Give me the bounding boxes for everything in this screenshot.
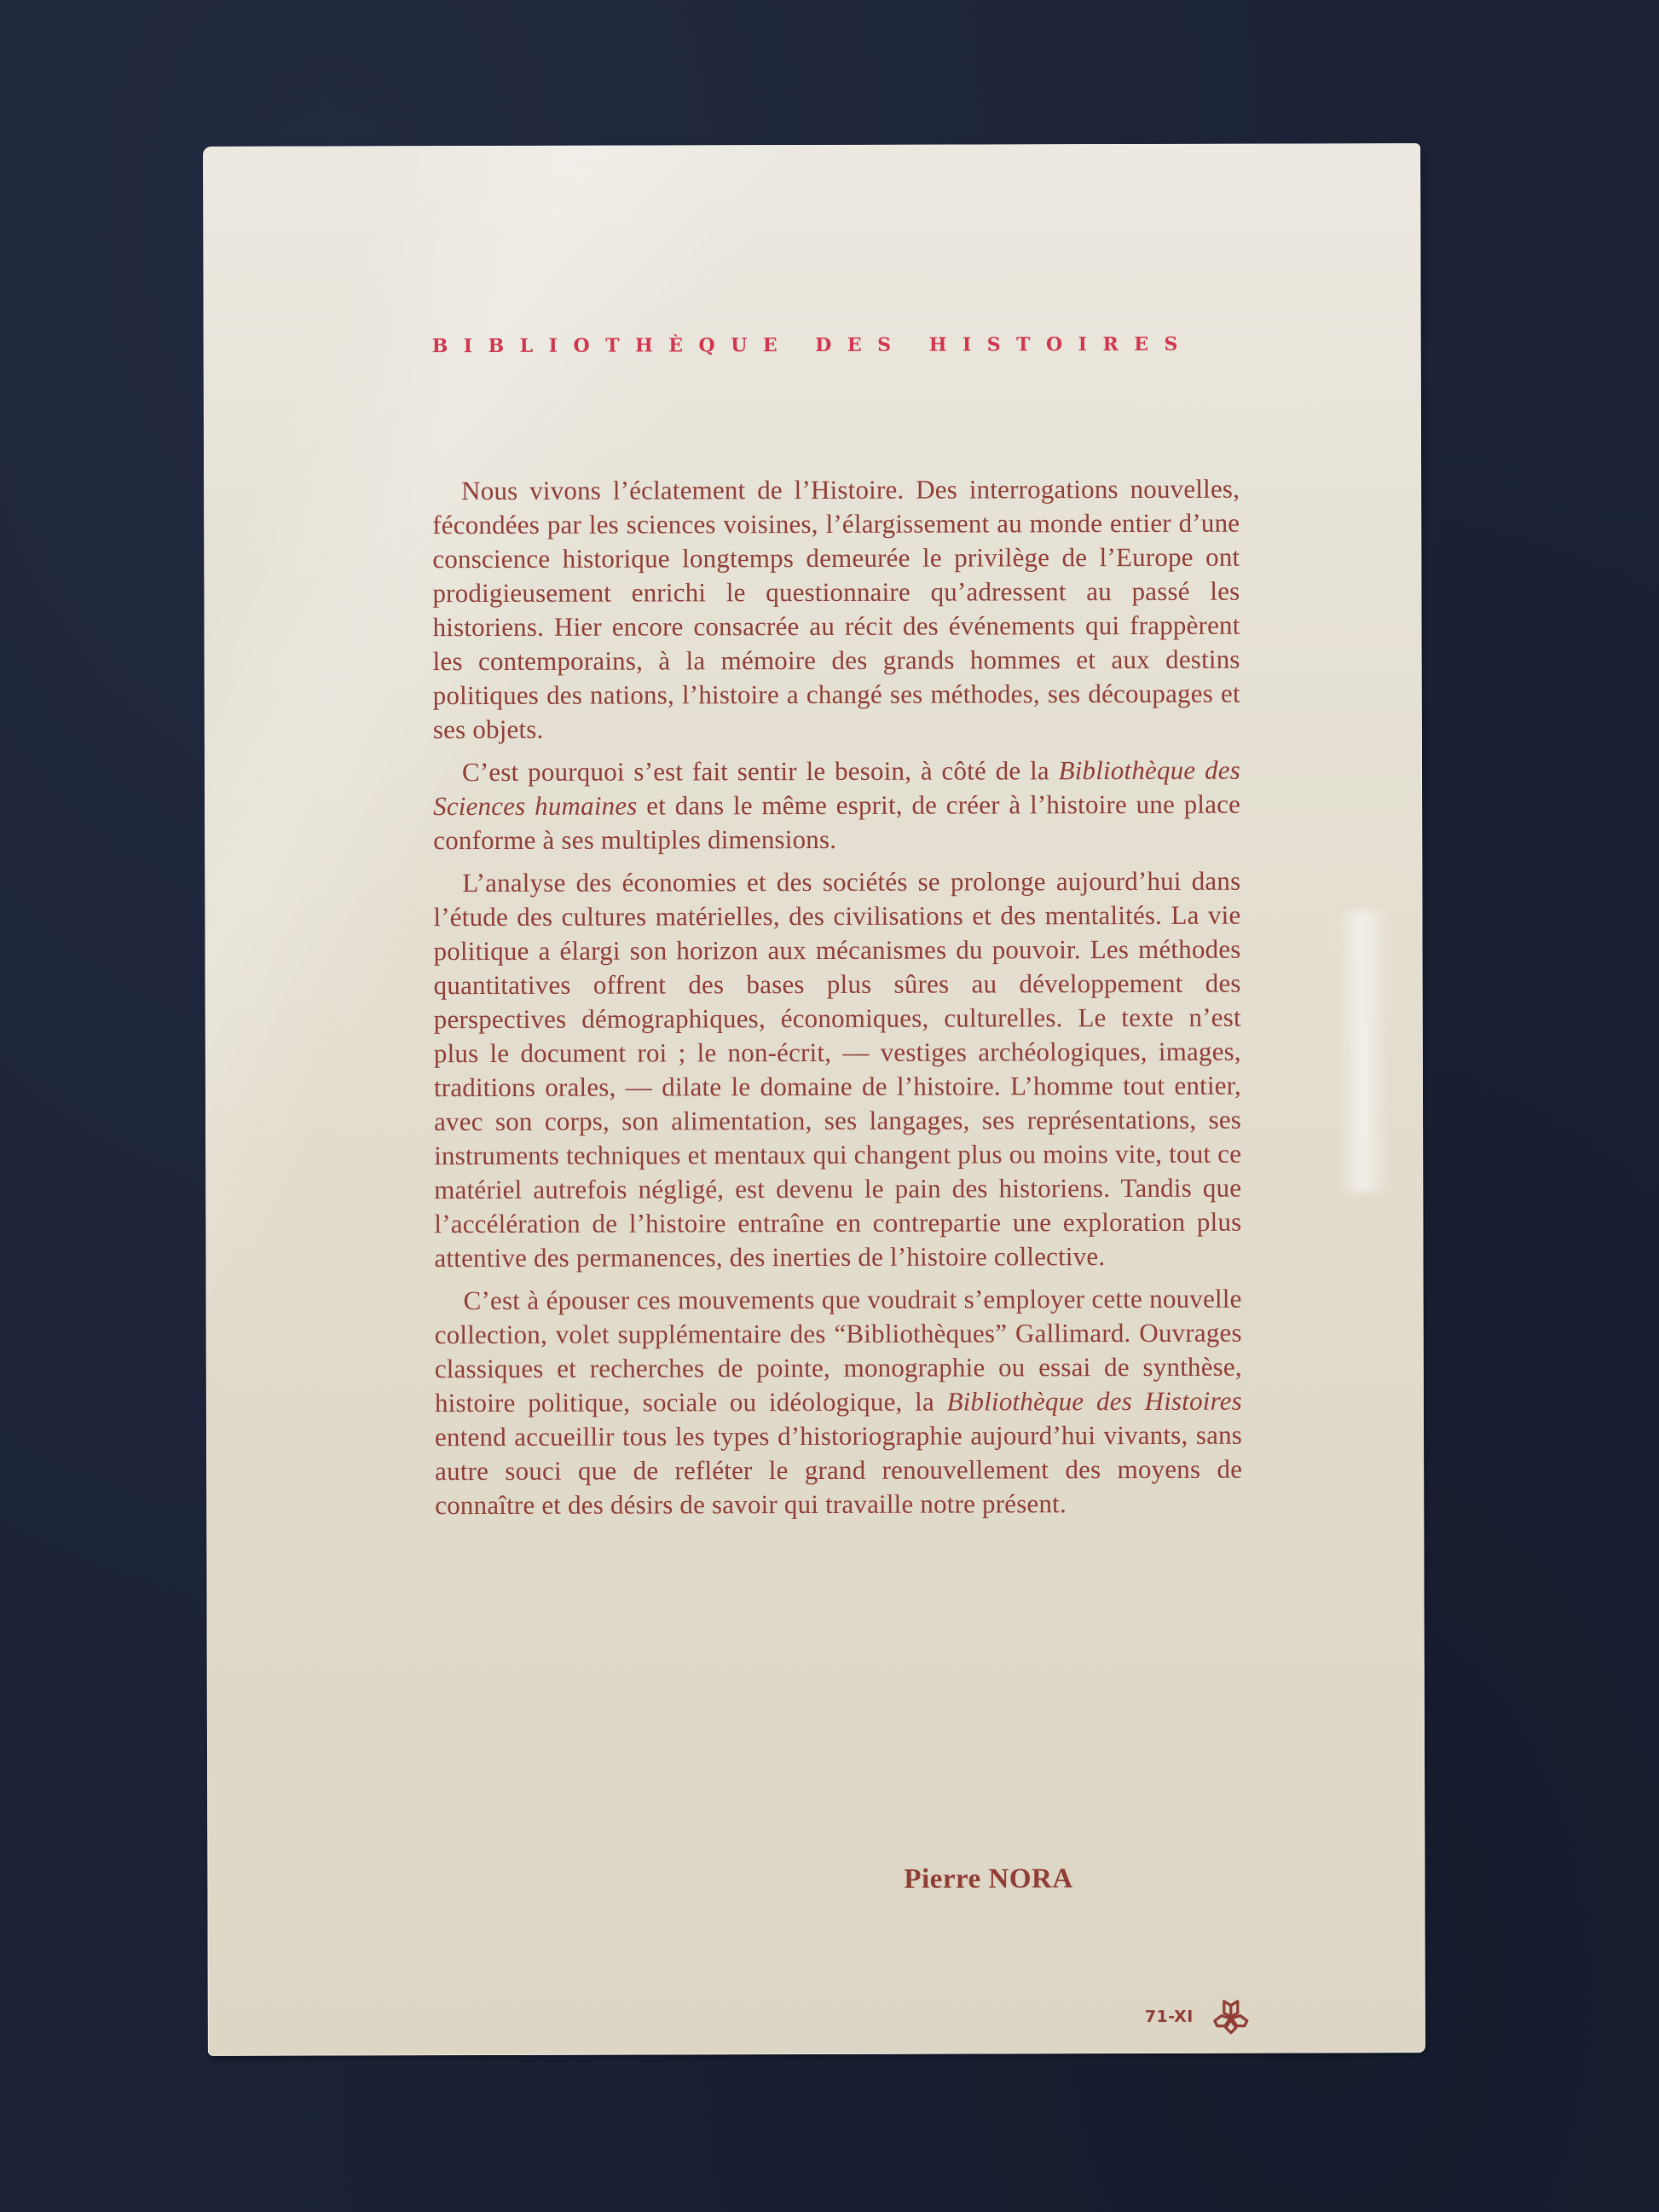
paragraph-1-text: Nous vivons l’éclatement de l’Histoire. … bbox=[432, 474, 1240, 744]
paragraph-1: Nous vivons l’éclatement de l’Histoire. … bbox=[432, 472, 1240, 747]
series-title: BIBLIOTHÈQUE DES HISTOIRES bbox=[432, 333, 1251, 358]
paragraph-4: C’est à épouser ces mouvements que voudr… bbox=[435, 1282, 1243, 1522]
paragraph-2-text-a: C’est pourquoi s’est fait sentir le beso… bbox=[462, 755, 1059, 787]
blurb-text: Nous vivons l’éclatement de l’Histoire. … bbox=[432, 472, 1242, 1531]
author-signature: Pierre NORA bbox=[904, 1863, 1072, 1896]
paragraph-4-italic-title: Bibliothèque des Histoires bbox=[947, 1386, 1242, 1417]
paragraph-4-text-c: entend accueillir tous les types d’histo… bbox=[435, 1420, 1242, 1520]
book-back-cover: BIBLIOTHÈQUE DES HISTOIRES Nous vivons l… bbox=[203, 143, 1425, 2056]
plastic-reflection bbox=[1337, 910, 1389, 1192]
gallimard-flower-logo-icon bbox=[1212, 1998, 1250, 2036]
paragraph-3-text: L’analyse des économies et des sociétés … bbox=[433, 866, 1241, 1273]
paragraph-2: C’est pourquoi s’est fait sentir le beso… bbox=[433, 754, 1240, 858]
imprint: 71-XI bbox=[1145, 1998, 1250, 2036]
imprint-code: 71-XI bbox=[1145, 2007, 1194, 2026]
paragraph-3: L’analyse des économies et des sociétés … bbox=[433, 864, 1241, 1275]
